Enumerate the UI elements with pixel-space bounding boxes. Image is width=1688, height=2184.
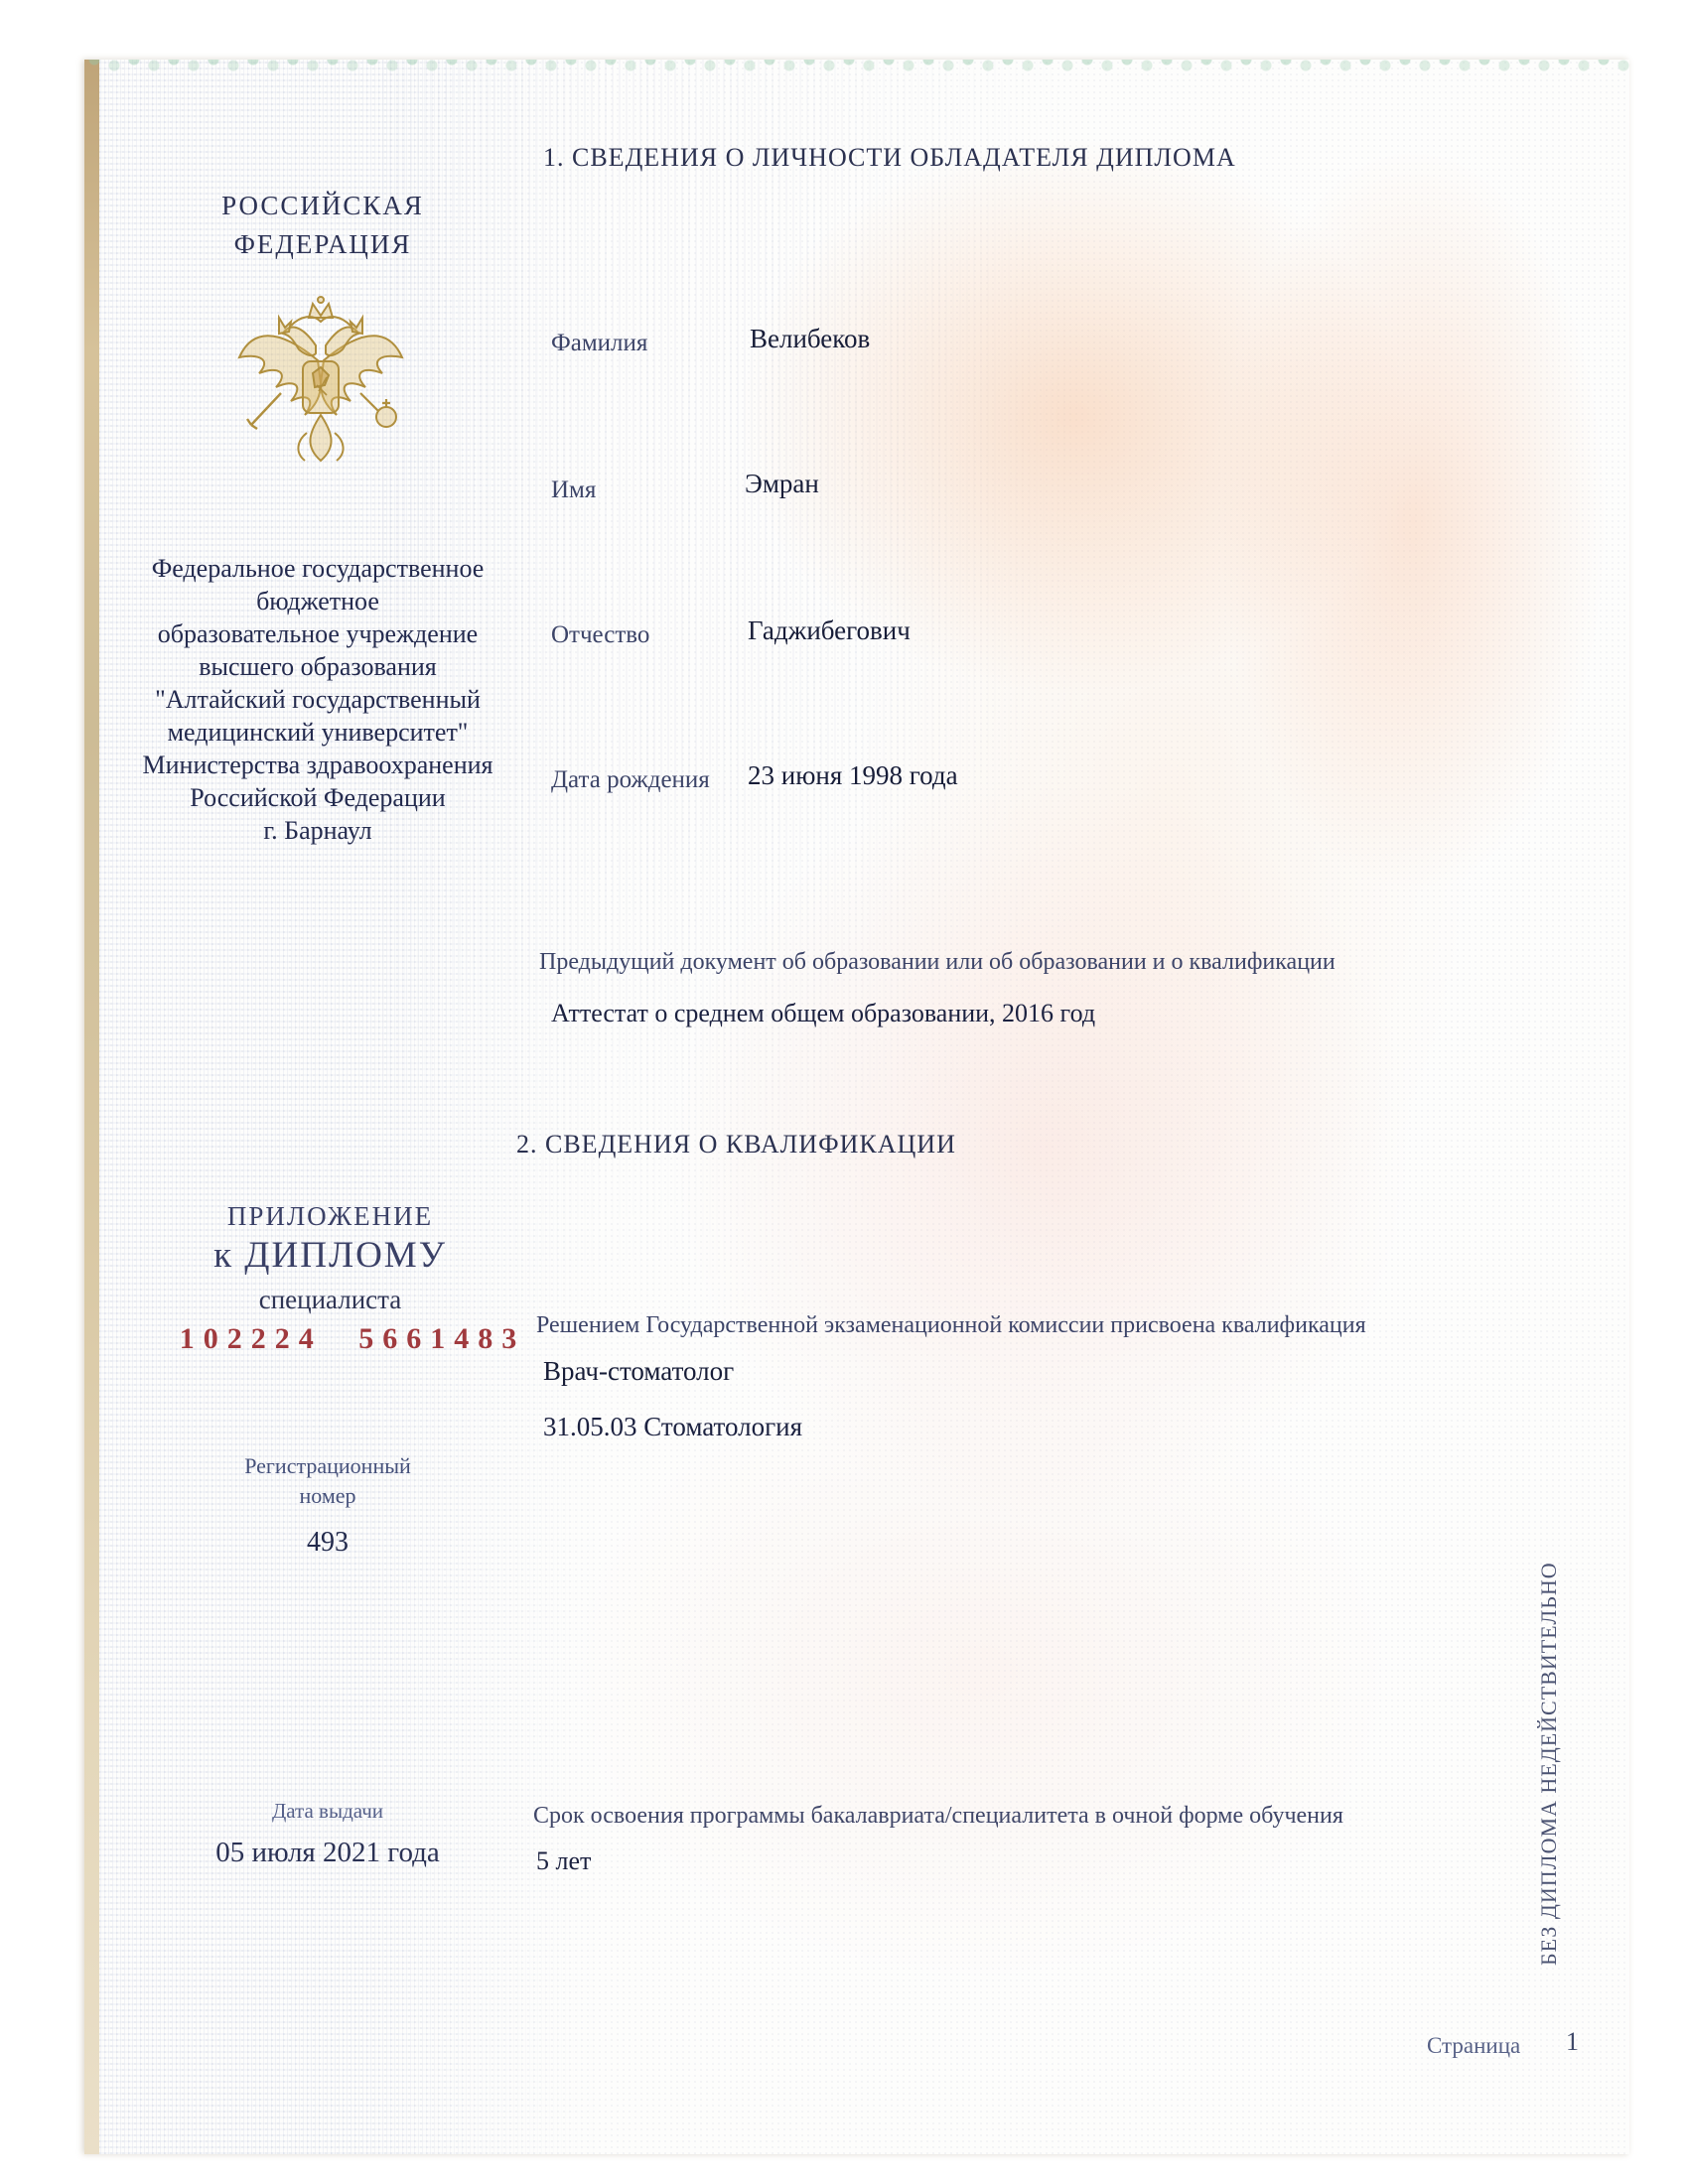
previous-education-doc-label: Предыдущий документ об образовании или о…: [539, 949, 1532, 976]
institution-line: образовательное учреждение: [114, 617, 521, 650]
program-duration-value: 5 лет: [536, 1846, 591, 1876]
specialty-code-and-name: 31.05.03 Стоматология: [543, 1412, 802, 1442]
issue-date-value: 05 июля 2021 года: [164, 1837, 492, 1869]
annex-line-3: специалиста: [174, 1285, 487, 1315]
country-title: РОССИЙСКАЯ ФЕДЕРАЦИЯ: [144, 187, 501, 264]
patronymic-value: Гаджибегович: [748, 615, 911, 646]
qualification-value: Врач-стоматолог: [543, 1356, 734, 1387]
country-line-1: РОССИЙСКАЯ: [144, 187, 501, 225]
section1-title: 1. СВЕДЕНИЯ О ЛИЧНОСТИ ОБЛАДАТЕЛЯ ДИПЛОМ…: [543, 143, 1236, 173]
annex-line-2: к ДИПЛОМУ: [174, 1234, 487, 1277]
issue-date-label: Дата выдачи: [204, 1799, 452, 1824]
registration-label-line-2: номер: [204, 1481, 452, 1511]
surname-value: Велибеков: [750, 324, 870, 354]
page-top-deckle-edge: [84, 60, 1629, 75]
institution-line: Федеральное государственное: [114, 552, 521, 585]
annex-line-1: ПРИЛОЖЕНИЕ: [174, 1201, 487, 1232]
validity-side-note: БЕЗ ДИПЛОМА НЕДЕЙСТВИТЕЛЬНО: [1536, 1596, 1568, 1966]
page-number: 1: [1566, 2027, 1579, 2057]
annex-title: ПРИЛОЖЕНИЕ к ДИПЛОМУ специалиста: [174, 1201, 487, 1315]
institution-line: медицинский университет": [114, 716, 521, 749]
registration-number-label: Регистрационный номер: [204, 1451, 452, 1511]
institution-line: Министерства здравоохранения: [114, 749, 521, 781]
birthdate-label: Дата рождения: [551, 766, 710, 794]
institution-line: Российской Федерации: [114, 781, 521, 814]
registration-label-line-1: Регистрационный: [204, 1451, 452, 1481]
institution-line: бюджетное: [114, 585, 521, 617]
patronymic-label: Отчество: [551, 621, 649, 649]
surname-label: Фамилия: [551, 330, 647, 357]
institution-line: высшего образования: [114, 650, 521, 683]
name-label: Имя: [551, 477, 596, 504]
russian-coat-of-arms-icon: [221, 266, 420, 514]
name-value: Эмран: [745, 469, 819, 499]
country-line-2: ФЕДЕРАЦИЯ: [144, 225, 501, 264]
section2-title: 2. СВЕДЕНИЯ О КВАЛИФИКАЦИИ: [516, 1130, 956, 1160]
qualification-decision-label: Решением Государственной экзаменационной…: [536, 1312, 1539, 1339]
institution-line: "Алтайский государственный: [114, 683, 521, 716]
page-label: Страница: [1427, 2033, 1520, 2059]
birthdate-value: 23 июня 1998 года: [748, 760, 958, 791]
institution-line: г. Барнаул: [114, 814, 521, 847]
registration-number-value: 493: [204, 1527, 452, 1559]
page-spine-edge: [84, 60, 99, 2154]
diploma-supplement-page: РОССИЙСКАЯ ФЕДЕРАЦИЯ: [84, 60, 1629, 2154]
previous-education-doc-value: Аттестат о среднем общем образовании, 20…: [551, 999, 1445, 1028]
program-duration-label: Срок освоения программы бакалавриата/спе…: [533, 1803, 1536, 1830]
institution-name: Федеральное государственное бюджетное об…: [114, 552, 521, 847]
diploma-serial-number: 102224 5661483: [144, 1322, 561, 1356]
